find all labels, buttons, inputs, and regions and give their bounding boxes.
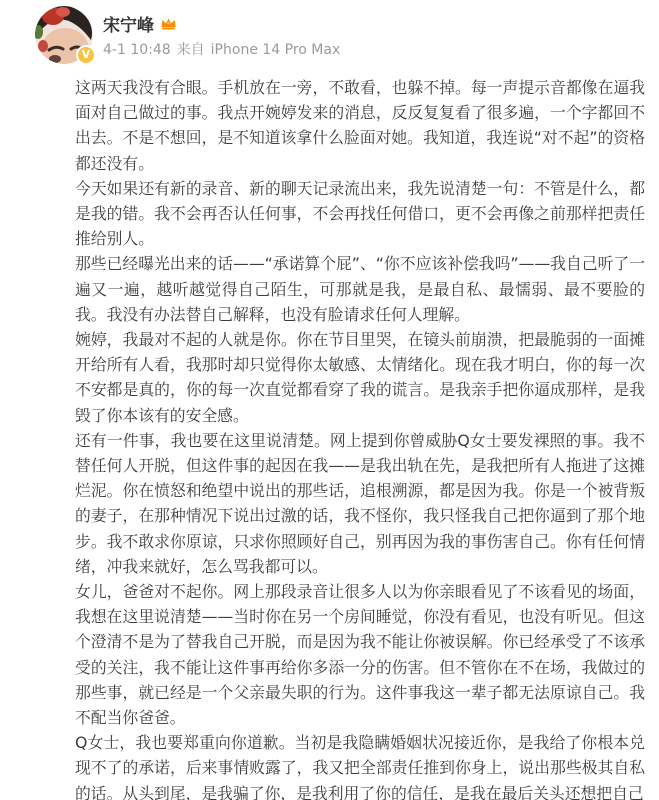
post-timestamp: 4-1 10:48: [103, 42, 171, 58]
paragraph: 今天如果还有新的录音、新的聊天记录流出来，我先说清楚一句：不管是什么，都是我的错…: [75, 176, 645, 252]
paragraph: 女儿，爸爸对不起你。网上那段录音让很多人以为你亲眼看见了不该看见的场面，我想在这…: [75, 579, 645, 730]
post-meta: 4-1 10:48来自iPhone 14 Pro Max: [103, 39, 340, 59]
paragraph: 还有一件事，我也要在这里说清楚。网上提到你曾威胁Q女士要发裸照的事。我不替任何人…: [75, 428, 645, 579]
paragraph: 那些已经曝光出来的话——“承诺算个屁”、“你不应该补偿我吗”——我自己听了一遍又…: [75, 251, 645, 327]
vip-crown-icon: [160, 16, 177, 31]
source-link[interactable]: iPhone 14 Pro Max: [211, 42, 341, 58]
paragraph: 这两天我没有合眼。手机放在一旁，不敢看，也躲不掉。每一声提示音都像在逼我面对自己…: [75, 75, 645, 176]
username[interactable]: 宋宁峰: [103, 11, 154, 36]
paragraph: Q女士，我也要郑重向你道歉。当初是我隐瞒婚姻状况接近你，是我给了你根本兑现不了的…: [75, 730, 645, 800]
paragraph: 婉婷，我最对不起的人就是你。你在节目里哭，在镜头前崩溃，把最脆弱的一面摊开给所有…: [75, 327, 645, 428]
avatar[interactable]: V: [35, 6, 93, 64]
verified-badge-icon: V: [76, 45, 96, 65]
source-prefix: 来自: [177, 42, 205, 58]
post-text: 这两天我没有合眼。手机放在一旁，不敢看，也躲不掉。每一声提示音都像在逼我面对自己…: [75, 75, 645, 800]
name-row: 宋宁峰: [103, 11, 177, 36]
weibo-post-page: V 宋宁峰 4-1 10:48来自iPhone 14 Pro Max 这两天我没…: [0, 0, 659, 800]
